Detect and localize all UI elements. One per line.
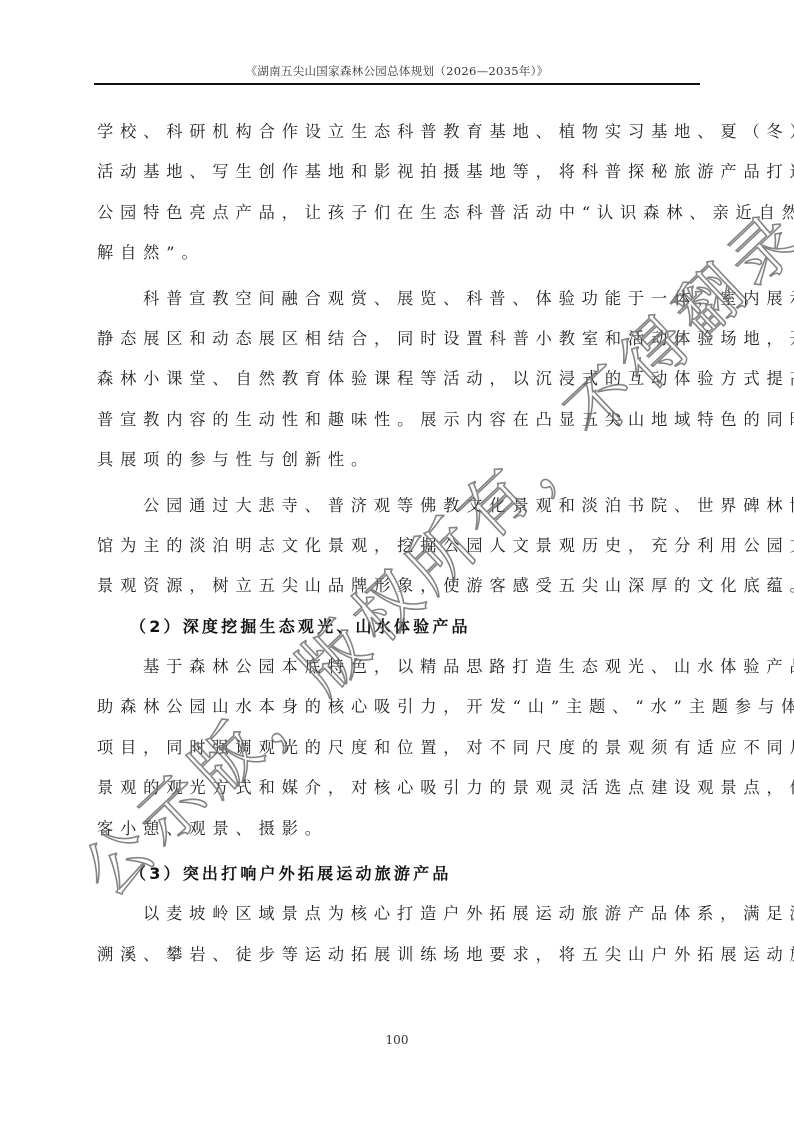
- running-header: 《湖南五尖山国家森林公园总体规划（2026—2035年）》: [0, 63, 794, 79]
- text-line: 解自然”。: [97, 233, 703, 273]
- text-line: 客小憩、观景、摄影。: [97, 809, 703, 849]
- text-line: 学校、科研机构合作设立生态科普教育基地、植物实习基地、夏（冬）令营: [97, 112, 703, 152]
- text-line: 项目，同时强调观光的尺度和位置，对不同尺度的景观须有适应不同尺度: [97, 728, 703, 768]
- page-number: 100: [0, 1033, 794, 1047]
- body-text: 学校、科研机构合作设立生态科普教育基地、植物实习基地、夏（冬）令营 活动基地、写…: [97, 112, 703, 975]
- text-line: 森林小课堂、自然教育体验课程等活动，以沉浸式的互动体验方式提高科: [97, 359, 703, 399]
- text-line: 科普宣教空间融合观赏、展览、科普、体验功能于一体，室内展示区由: [97, 279, 703, 319]
- text-line: 景观的观光方式和媒介，对核心吸引力的景观灵活选点建设观景点，供游: [97, 768, 703, 808]
- text-line: 具展项的参与性与创新性。: [97, 440, 703, 480]
- text-line: 溯溪、攀岩、徒步等运动拓展训练场地要求，将五尖山户外拓展运动旅游: [97, 935, 703, 975]
- text-line: 公园特色亮点产品，让孩子们在生态科普活动中“认识森林、亲近自然、了: [97, 193, 703, 233]
- text-line: 以麦坡岭区域景点为核心打造户外拓展运动旅游产品体系，满足游人: [97, 894, 703, 934]
- section-heading: （2）深度挖掘生态观光、山水体验产品: [97, 607, 703, 647]
- header-rule: [94, 83, 700, 85]
- text-line: 基于森林公园本底特色，以精品思路打造生态观光、山水体验产品。借: [97, 647, 703, 687]
- text-line: 馆为主的淡泊明志文化景观，挖掘公园人文景观历史，充分利用公园文化: [97, 526, 703, 566]
- text-line: 助森林公园山水本身的核心吸引力，开发“山”主题、“水”主题参与体验: [97, 687, 703, 727]
- section-heading: （3）突出打响户外拓展运动旅游产品: [97, 854, 703, 894]
- text-line: 静态展区和动态展区相结合，同时设置科普小教室和活动体验场地，开展: [97, 319, 703, 359]
- text-line: 活动基地、写生创作基地和影视拍摄基地等，将科普探秘旅游产品打造成: [97, 152, 703, 192]
- text-line: 景观资源，树立五尖山品牌形象，使游客感受五尖山深厚的文化底蕴。: [97, 566, 703, 606]
- text-line: 普宣教内容的生动性和趣味性。展示内容在凸显五尖山地域特色的同时兼: [97, 400, 703, 440]
- text-line: 公园通过大悲寺、普济观等佛教文化景观和淡泊书院、世界碑林博物: [97, 486, 703, 526]
